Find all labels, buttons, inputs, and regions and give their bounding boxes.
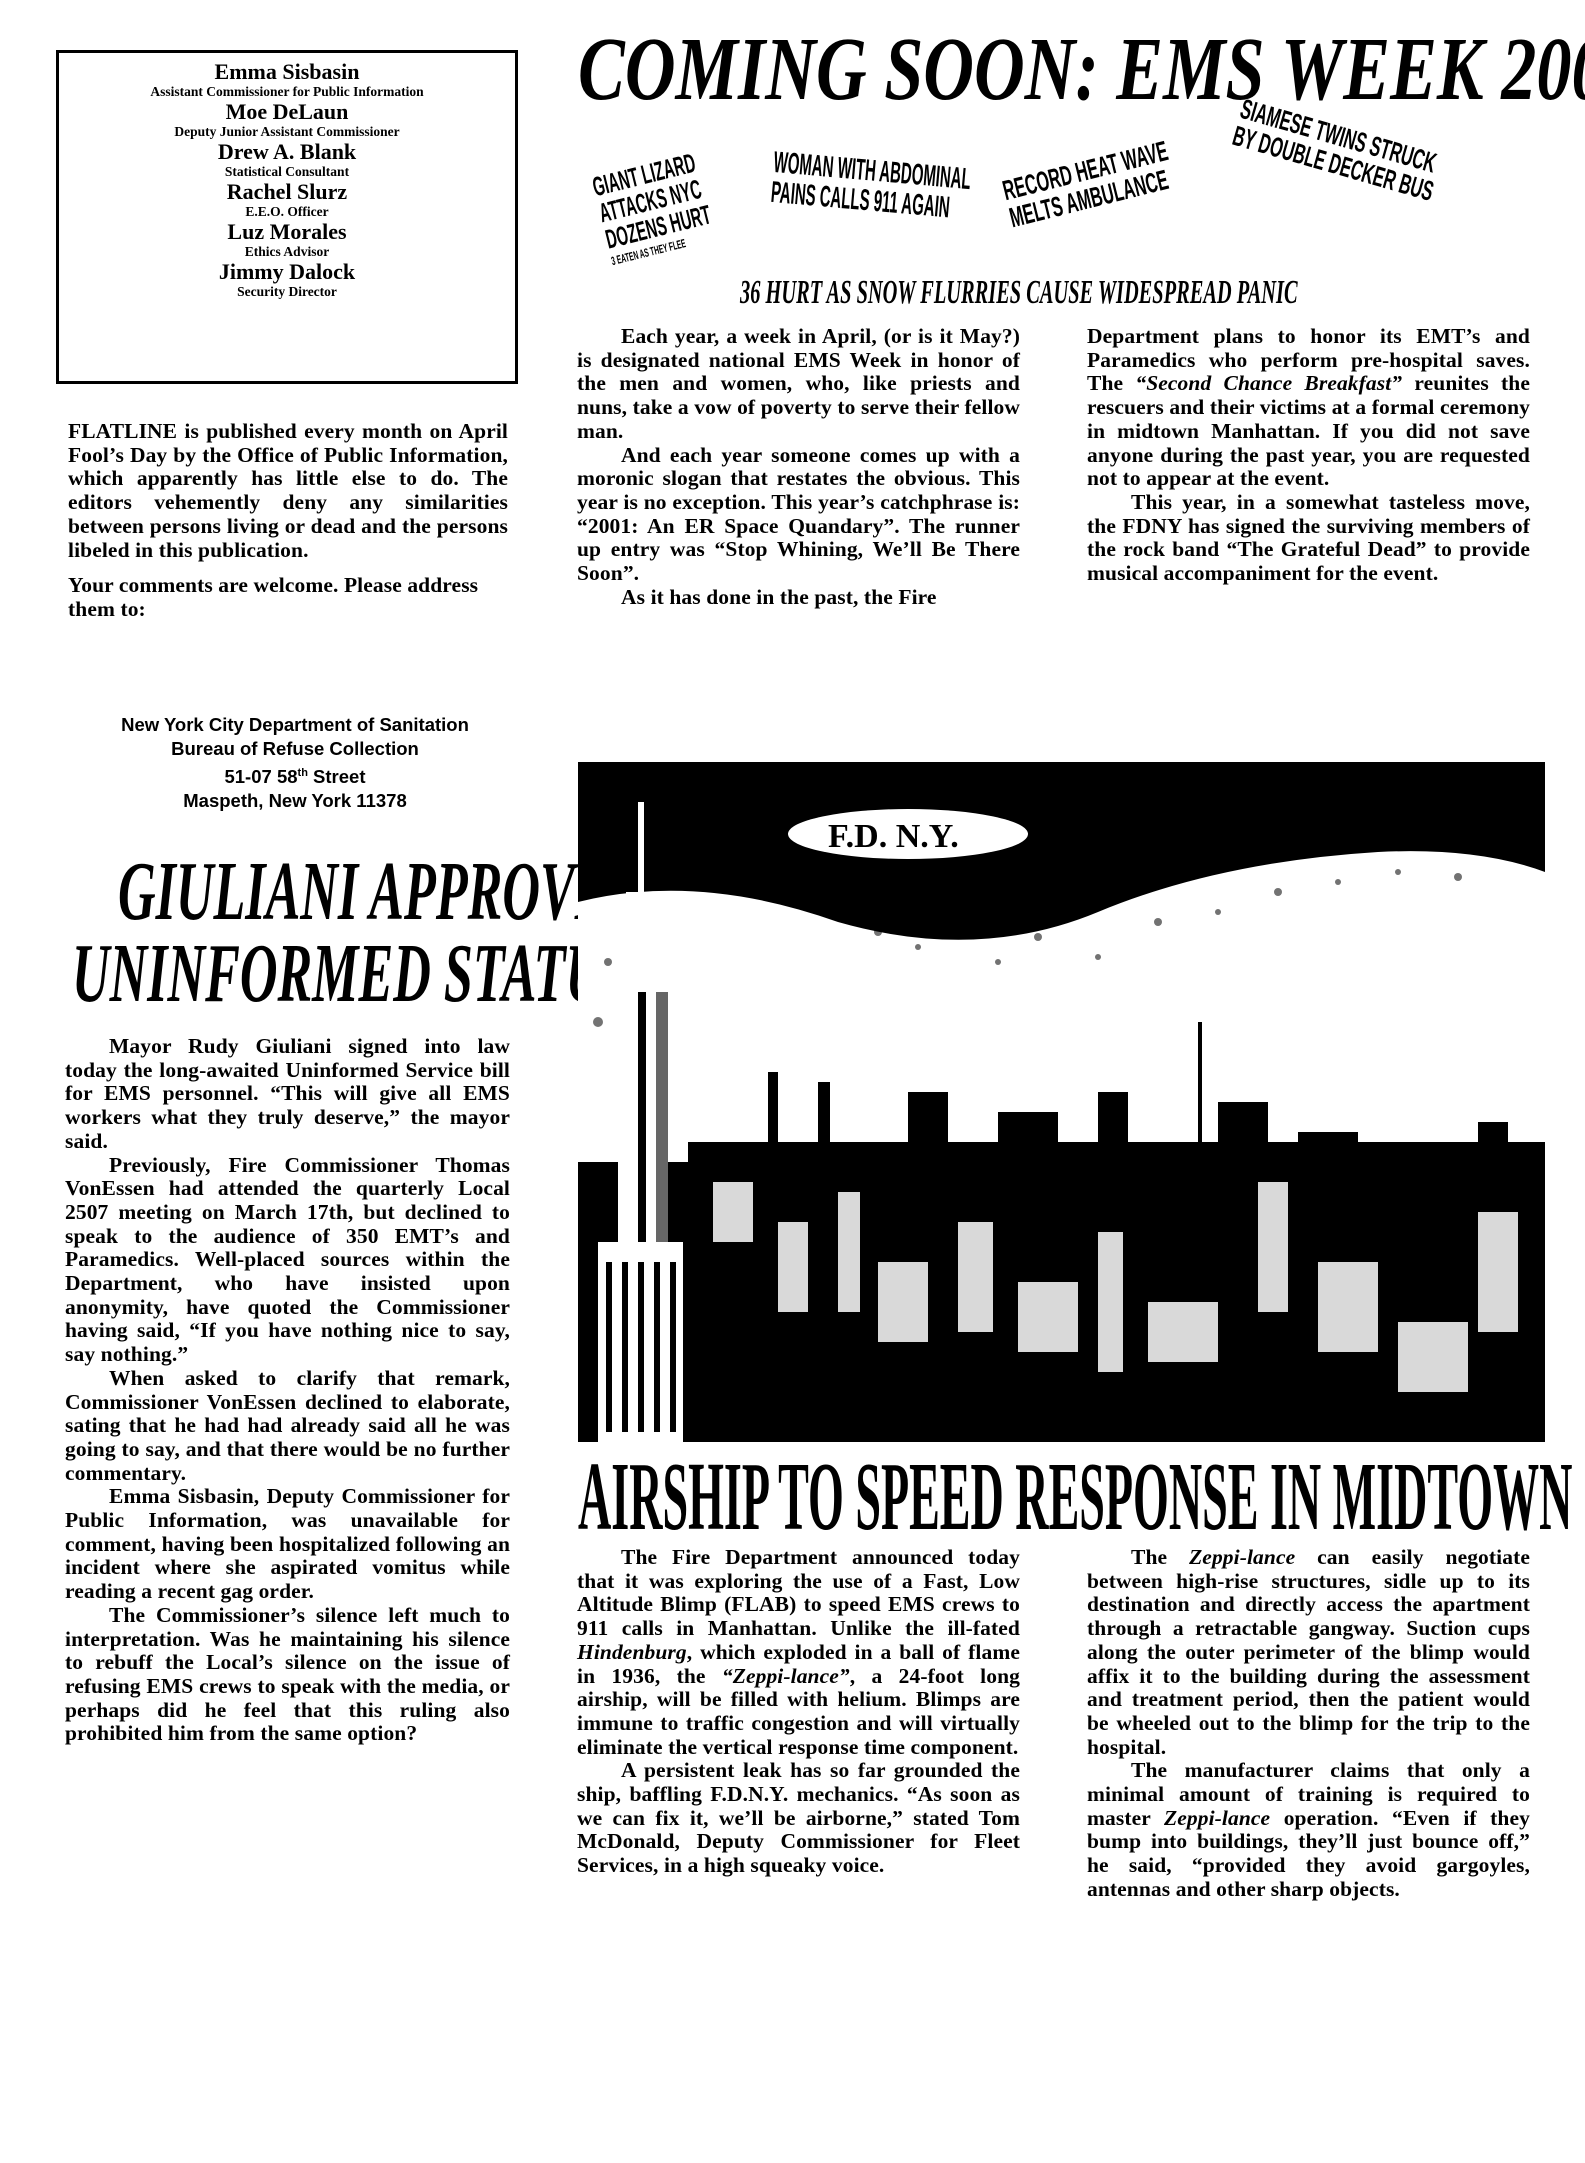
article-paragraph: Each year, a week in April, (or is it Ma… <box>577 325 1020 444</box>
article-paragraph: The Fire Department announced today that… <box>577 1546 1020 1759</box>
text-run: The <box>1131 1545 1189 1569</box>
giuliani-headline-line1: GIULIANI APPROVES <box>118 850 638 934</box>
article-paragraph: The manufacturer claims that only a mini… <box>1087 1759 1530 1901</box>
ems-week-column-1: Each year, a week in April, (or is it Ma… <box>577 325 1020 609</box>
skyline-blimp-photo: F.D. N.Y. <box>578 762 1545 1442</box>
ship-name: Hindenburg <box>577 1640 687 1664</box>
article-paragraph: And each year someone comes up with a mo… <box>577 444 1020 586</box>
staff-name: Drew A. Blank <box>59 139 515 164</box>
publication-statement: FLATLINE is published every month on Apr… <box>68 420 508 562</box>
clipping-heat-wave: RECORD HEAT WAVE MELTS AMBULANCE <box>1000 137 1178 232</box>
comments-text: Your comments are welcome. Please addres… <box>68 574 508 621</box>
staff-title: Security Director <box>59 284 515 299</box>
staff-name: Luz Morales <box>59 219 515 244</box>
blimp-label: F.D. N.Y. <box>828 818 959 855</box>
skyline-illustration: F.D. N.Y. <box>578 762 1545 1442</box>
clipping-woman-pains: WOMAN WITH ABDOMINAL PAINS CALLS 911 AGA… <box>770 148 972 225</box>
article-paragraph: A persistent leak has so far grounded th… <box>577 1759 1020 1878</box>
airship-column-2: The Zeppi-lance can easily negotiate bet… <box>1087 1546 1530 1902</box>
ems-week-headline: COMING SOON: EMS WEEK 2001 <box>578 25 1585 115</box>
publication-name: FLATLINE <box>68 419 177 443</box>
text-run: The Fire Department announced today that… <box>577 1545 1020 1640</box>
staff-name: Moe DeLaun <box>59 99 515 124</box>
staff-title: E.E.O. Officer <box>59 204 515 219</box>
article-paragraph: As it has done in the past, the Fire <box>577 586 1020 610</box>
staff-title: Ethics Advisor <box>59 244 515 259</box>
airship-headline: AIRSHIP TO SPEED RESPONSE IN MIDTOWN <box>578 1448 1572 1546</box>
address-line: 51-07 58th Street <box>80 761 510 789</box>
article-paragraph: Emma Sisbasin, Deputy Commissioner for P… <box>65 1485 510 1604</box>
street-word: Street <box>308 766 366 787</box>
address-line: New York City Department of Sanitation <box>80 713 510 737</box>
article-paragraph: The Commissioner’s silence left much to … <box>65 1604 510 1746</box>
ship-name: Zeppi-lance <box>1164 1806 1270 1830</box>
giuliani-article-body: Mayor Rudy Giuliani signed into law toda… <box>65 1035 510 1746</box>
article-paragraph: This year, in a somewhat tasteless move,… <box>1087 491 1530 586</box>
staff-box: Emma Sisbasin Assistant Commissioner for… <box>56 50 518 384</box>
address-line: Maspeth, New York 11378 <box>80 789 510 813</box>
ems-week-column-2: Department plans to honor its EMT’s and … <box>1087 325 1530 586</box>
masthead-statement: FLATLINE is published every month on Apr… <box>68 420 508 634</box>
street-number: 51-07 58 <box>224 766 297 787</box>
staff-title: Assistant Commissioner for Public Inform… <box>59 84 515 99</box>
ship-name: Zeppi-lance <box>1189 1545 1295 1569</box>
article-paragraph: When asked to clarify that remark, Commi… <box>65 1367 510 1486</box>
ship-name: “Zeppi-lance” <box>722 1664 850 1688</box>
staff-title: Statistical Consultant <box>59 164 515 179</box>
article-paragraph: Previously, Fire Commissioner Thomas Von… <box>65 1154 510 1367</box>
event-name: “Second Chance Breakfast” <box>1135 371 1402 395</box>
ordinal-suffix: th <box>298 767 308 779</box>
text-run: can easily negotiate between high-rise s… <box>1087 1545 1530 1759</box>
staff-name: Rachel Slurz <box>59 179 515 204</box>
staff-name: Emma Sisbasin <box>59 59 515 84</box>
snow-flurries-subheadline: 36 HURT AS SNOW FLURRIES CAUSE WIDESPREA… <box>740 274 1298 312</box>
address-line: Bureau of Refuse Collection <box>80 737 510 761</box>
giuliani-headline-line2: UNINFORMED STATUS <box>72 932 632 1016</box>
article-paragraph: Department plans to honor its EMT’s and … <box>1087 325 1530 491</box>
article-paragraph: The Zeppi-lance can easily negotiate bet… <box>1087 1546 1530 1759</box>
staff-name: Jimmy Dalock <box>59 259 515 284</box>
article-paragraph: Mayor Rudy Giuliani signed into law toda… <box>65 1035 510 1154</box>
airship-column-1: The Fire Department announced today that… <box>577 1546 1020 1878</box>
mailing-address: New York City Department of Sanitation B… <box>80 713 510 813</box>
staff-title: Deputy Junior Assistant Commissioner <box>59 124 515 139</box>
clipping-giant-lizard: GIANT LIZARD ATTACKS NYC DOZENS HURT 3 E… <box>590 149 717 267</box>
